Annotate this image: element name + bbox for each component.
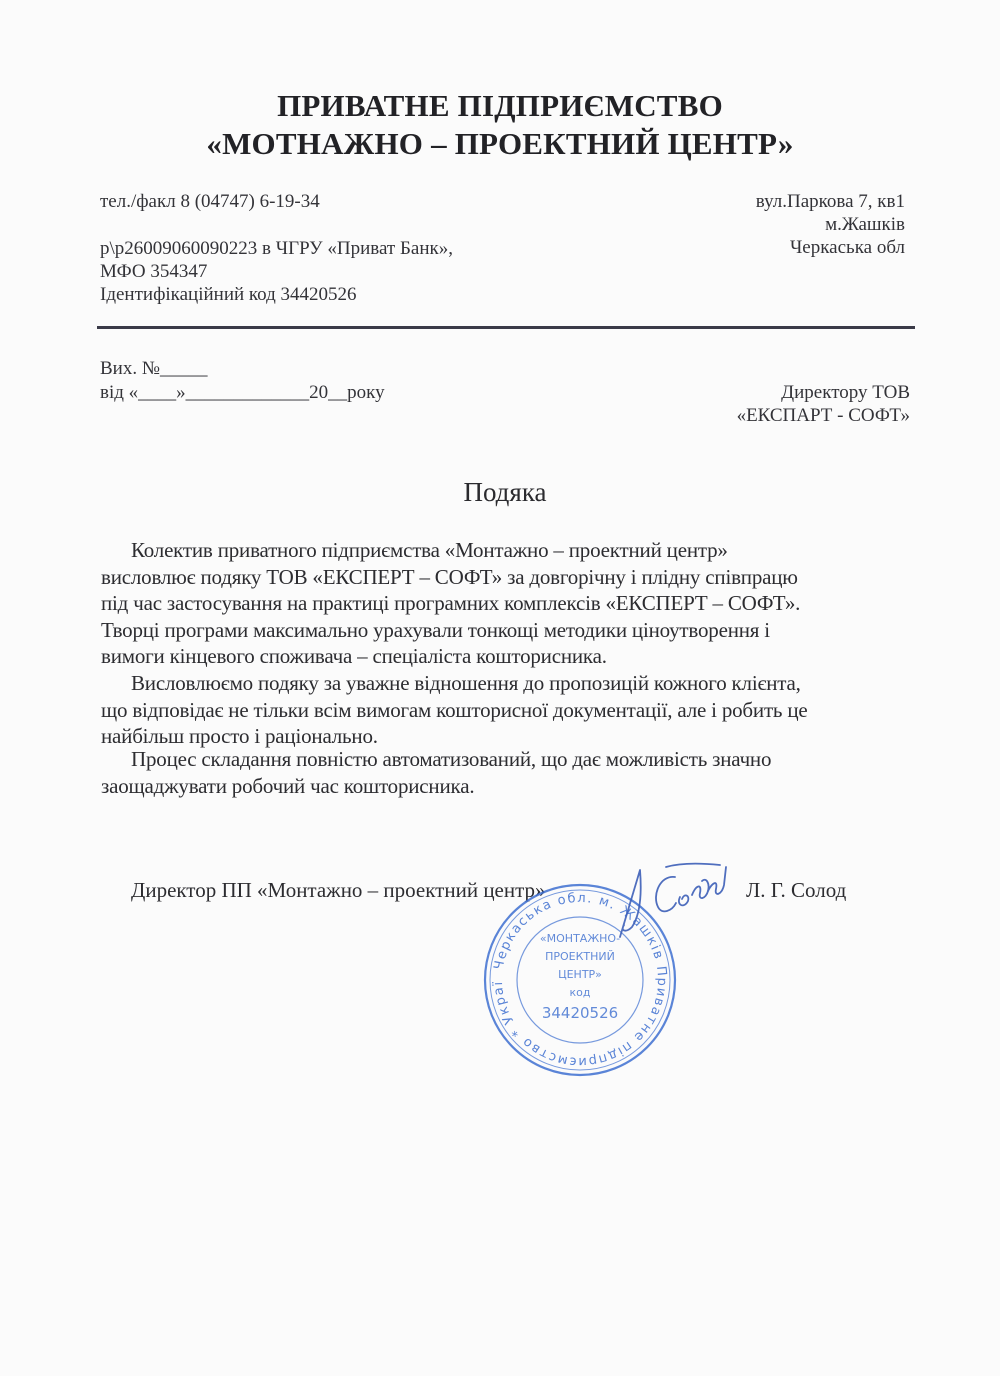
body-paragraph-2: Висловлюємо подяку за уважне відношення … [101,670,921,750]
mfo: МФО 354347 [100,261,207,283]
id-code: Ідентифікаційний код 34420526 [100,284,357,306]
address-region: Черкаська обл [790,237,905,259]
paragraph-line: висловлює подяку ТОВ «ЕКСПЕРТ – СОФТ» за… [101,564,921,591]
paragraph-line: Висловлюємо подяку за уважне відношення … [101,670,921,697]
document-title: Подяка [0,477,1000,508]
paragraph-line: під час застосування на практиці програм… [101,590,921,617]
phone-fax: тел./факл 8 (04747) 6-19-34 [100,191,320,213]
body-paragraph-1: Колектив приватного підприємства «Монтаж… [101,537,921,670]
handwritten-signature-icon [600,855,740,945]
bank-account: р\р26009060090223 в ЧГРУ «Приват Банк», [100,238,453,260]
paragraph-line: Колектив приватного підприємства «Монтаж… [101,537,921,564]
company-title-line1: ПРИВАТНЕ ПІДПРИЄМСТВО [0,87,1000,125]
address-street: вул.Паркова 7, кв1 [756,191,905,213]
signatory-name: Л. Г. Солод [746,878,846,903]
paragraph-line: Творці програми максимально урахували то… [101,617,921,644]
outgoing-number: Вих. №_____ [100,358,207,380]
company-title-line2: «МОТНАЖНО – ПРОЕКТНИЙ ЦЕНТР» [0,125,1000,163]
paragraph-line: Процес складання повністю автоматизовани… [101,746,921,773]
recipient-line1: Директору ТОВ [781,382,910,404]
paragraph-line: заощаджувати робочий час кошторисника. [101,773,921,800]
svg-text:ПРОЕКТНИЙ: ПРОЕКТНИЙ [545,950,615,963]
date-line: від «____»_____________20__року [100,382,385,404]
svg-text:ЦЕНТР»: ЦЕНТР» [558,968,602,981]
svg-text:код: код [570,986,591,999]
body-paragraph-3: Процес складання повністю автоматизовани… [101,746,921,799]
header-divider [97,326,915,329]
paragraph-line: вимоги кінцевого споживача – спеціаліста… [101,643,921,670]
address-city: м.Жашків [825,214,905,236]
paragraph-line: що відповідає не тільки всім вимогам кош… [101,697,921,724]
svg-text:34420526: 34420526 [542,1004,618,1022]
recipient-line2: «ЕКСПАРТ - СОФТ» [737,405,910,427]
